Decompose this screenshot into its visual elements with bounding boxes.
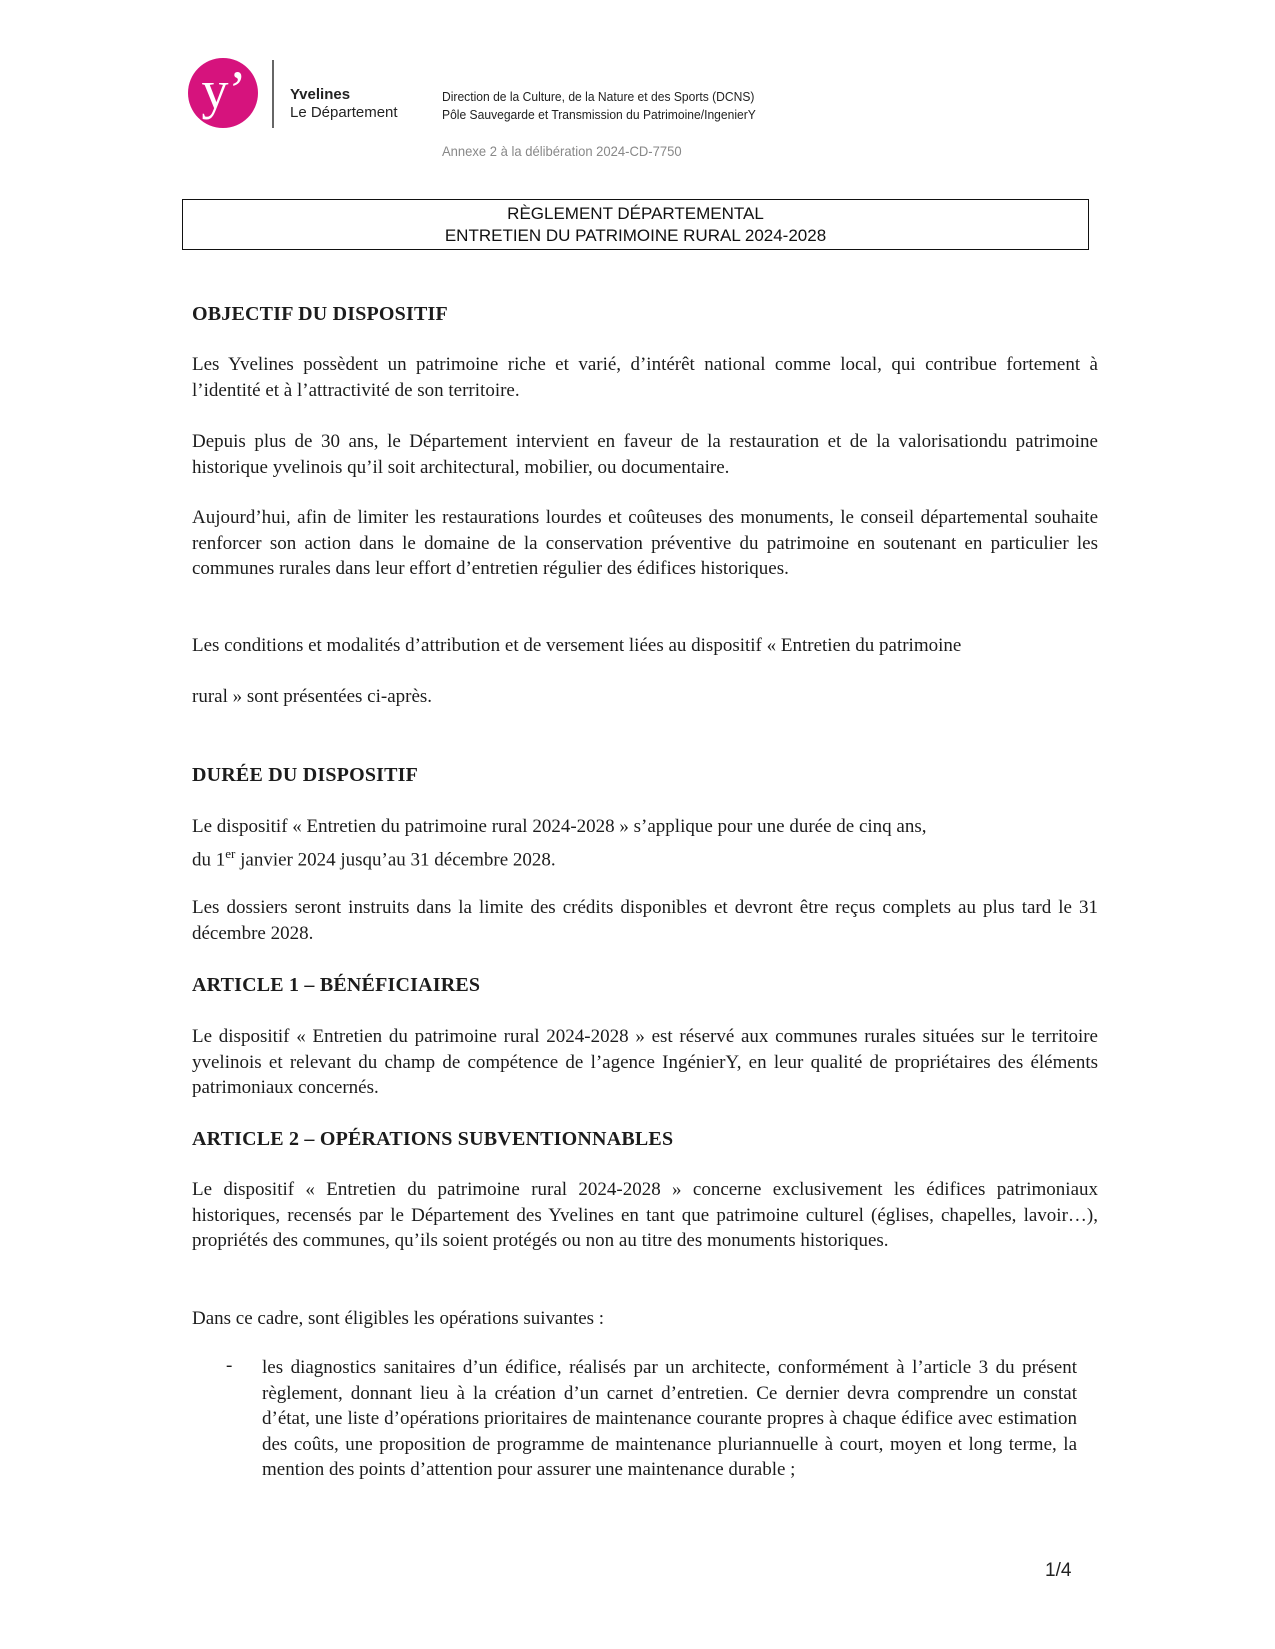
- paragraph: Le dispositif « Entretien du patrimoine …: [192, 1177, 1098, 1254]
- paragraph: Depuis plus de 30 ans, le Département in…: [192, 429, 1098, 480]
- dept-line2: Pôle Sauvegarde et Transmission du Patri…: [442, 106, 756, 124]
- logo-glyph: y’: [202, 63, 247, 117]
- paragraph: rural » sont présentées ci-après.: [192, 684, 1098, 710]
- department-info: Direction de la Culture, de la Nature et…: [442, 88, 756, 124]
- title-line1: RÈGLEMENT DÉPARTEMENTAL: [183, 203, 1088, 225]
- yvelines-logo: y’: [188, 58, 258, 128]
- logo-divider: [272, 60, 274, 128]
- paragraph: Dans ce cadre, sont éligibles les opérat…: [192, 1306, 1098, 1332]
- brand-name: Yvelines Le Département: [290, 86, 398, 122]
- annexe-reference: Annexe 2 à la délibération 2024-CD-7750: [442, 143, 682, 159]
- paragraph: Le dispositif « Entretien du patrimoine …: [192, 1024, 1098, 1101]
- paragraph: Aujourd’hui, afin de limiter les restaur…: [192, 505, 1098, 582]
- heading-article1: ARTICLE 1 – BÉNÉFICIAIRES: [192, 974, 480, 997]
- superscript: er: [225, 846, 235, 861]
- text-run: du 1: [192, 849, 225, 870]
- title-line2: ENTRETIEN DU PATRIMOINE RURAL 2024-2028: [183, 225, 1088, 247]
- paragraph: Les conditions et modalités d’attributio…: [192, 633, 1098, 659]
- paragraph: Les dossiers seront instruits dans la li…: [192, 895, 1098, 946]
- document-page: y’ Yvelines Le Département Direction de …: [0, 0, 1275, 1649]
- text-run: janvier 2024 jusqu’au 31 décembre 2028.: [235, 849, 555, 870]
- heading-article2: ARTICLE 2 – OPÉRATIONS SUBVENTIONNABLES: [192, 1128, 673, 1151]
- document-title: RÈGLEMENT DÉPARTEMENTAL ENTRETIEN DU PAT…: [182, 199, 1089, 250]
- brand-line1: Yvelines: [290, 86, 398, 104]
- list-bullet: -: [226, 1355, 232, 1377]
- page-number: 1/4: [1045, 1560, 1071, 1582]
- paragraph: Les Yvelines possèdent un patrimoine ric…: [192, 352, 1098, 403]
- heading-duree: DURÉE DU DISPOSITIF: [192, 764, 418, 787]
- paragraph: du 1er janvier 2024 jusqu’au 31 décembre…: [192, 841, 1098, 873]
- brand-line2: Le Département: [290, 104, 398, 122]
- paragraph: Le dispositif « Entretien du patrimoine …: [192, 814, 1098, 840]
- list-item: les diagnostics sanitaires d’un édifice,…: [262, 1355, 1077, 1483]
- dept-line1: Direction de la Culture, de la Nature et…: [442, 88, 756, 106]
- heading-objectif: OBJECTIF DU DISPOSITIF: [192, 303, 448, 326]
